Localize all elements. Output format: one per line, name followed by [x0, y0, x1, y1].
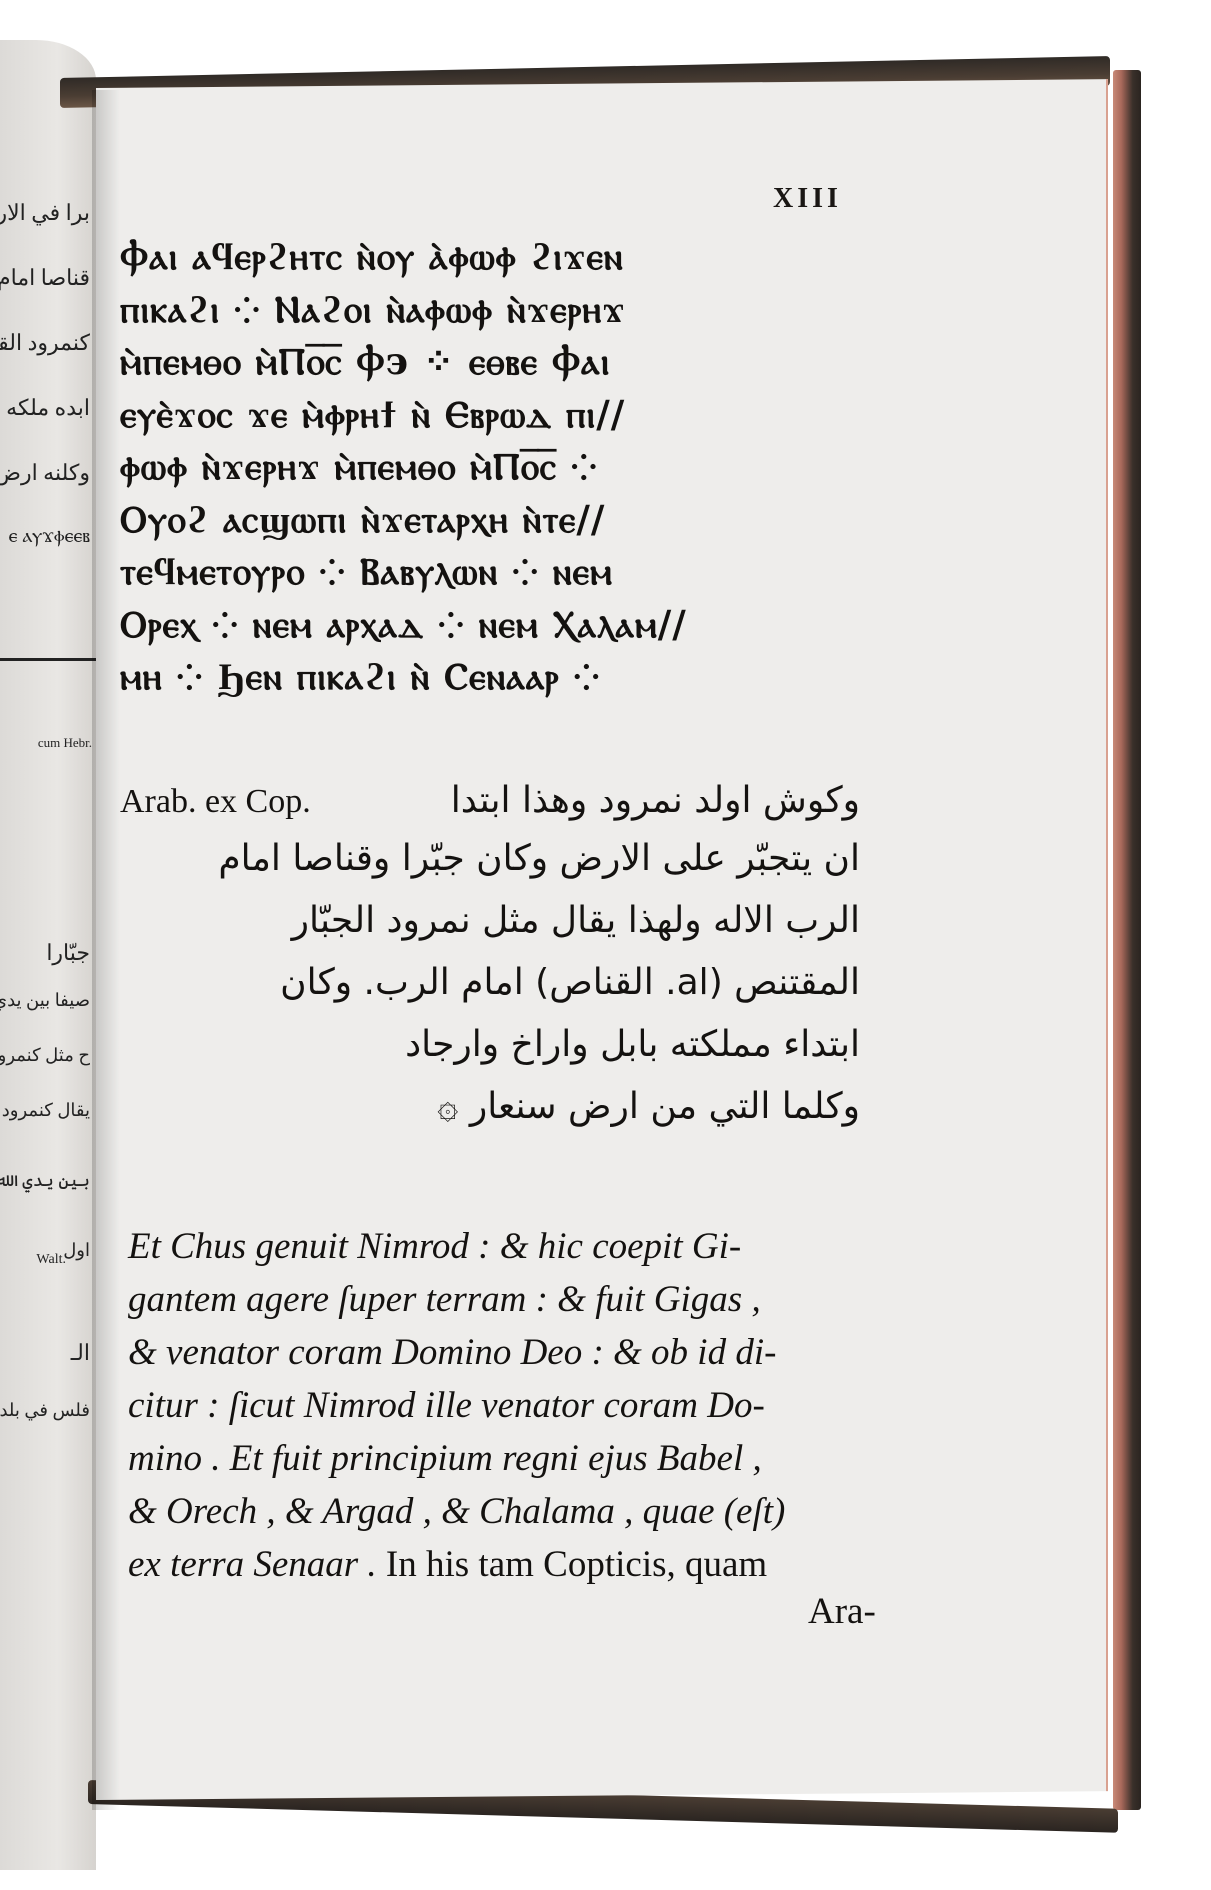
arabic-line: وكوش اولد نمرود وهذا ابتدا [311, 770, 860, 832]
left-page-rule [0, 658, 96, 661]
latin-line: mino . Et fuit principium regni ejus Bab… [128, 1432, 868, 1485]
coptic-line: ⲡⲓⲕⲁϩⲓ ⁘ Ⲛⲁϩⲟⲓ ⲛ̀ⲁⲫⲱⲫ ⲛ̀ϫⲉⲣⲏϫ [120, 283, 860, 336]
note-walt: Walt. [36, 1252, 66, 1268]
coptic-line: Ⲫⲁⲓ ⲁϥⲉⲣϩⲏⲧⲥ ⲛ̀ⲟⲩ ⲁ̀ⲫⲱⲫ ϩⲓϫⲉⲛ [120, 230, 860, 283]
left-arabic-line: الـ [71, 1340, 90, 1366]
arabic-first-line-row: Arab. ex Cop. وكوش اولد نمرود وهذا ابتدا [120, 770, 860, 828]
left-arabic-line: كنمرود القناص [0, 330, 90, 356]
latin-last-line: ex terra Senaar . In his tam Copticis, q… [128, 1538, 868, 1591]
left-arabic-line: صيفا بين يدي [0, 990, 90, 1011]
coptic-line: Ⲟⲣⲉⲭ ⁘ ⲛⲉⲙ ⲁⲣⲭⲁⲇ ⁘ ⲛⲉⲙ Ⲭⲁⲗⲁⲙ// [120, 598, 860, 651]
arabic-line: ابتداء مملكته بابل واراخ وارجاد [120, 1014, 860, 1076]
coptic-line: ⲫⲱⲫ ⲛ̀ϫⲉⲣⲏϫ ⲙ̀ⲡⲉⲙⲑⲟ ⲙ̀Ⲡⲟ̅ⲥ̅ ⁘ [120, 440, 860, 493]
catchword: Ara- [808, 1590, 876, 1633]
left-arabic-line: جبّارا [46, 940, 90, 966]
spine-shadow [92, 90, 120, 1810]
arabic-line: وكلما التي من ارض سنعار ۞ [120, 1076, 860, 1138]
latin-italic-segment: ex terra Senaar . [128, 1544, 377, 1585]
arabic-text-block: Arab. ex Cop. وكوش اولد نمرود وهذا ابتدا… [120, 770, 860, 1138]
coptic-line: ⲉⲩⲉ̀ϫⲟⲥ ϫⲉ ⲙ̀ⲫⲣⲏϯ ⲛ̀ Ⲉⲃⲣⲱⲇ ⲡⲓ// [120, 388, 860, 441]
latin-line: & venator coram Domino Deo : & ob id di- [128, 1326, 868, 1379]
arabic-source-label: Arab. ex Cop. [120, 783, 311, 821]
arabic-line: المقتنص (al. القناص) امام الرب. وكان [120, 952, 860, 1014]
coptic-line: Ⲟⲩⲟϩ ⲁⲥϣⲱⲡⲓ ⲛ̀ϫⲉⲧⲁⲣⲭⲏ ⲛ̀ⲧⲉ// [120, 493, 860, 546]
left-arabic-line: بين يدي الله ۞ [0, 1170, 90, 1191]
left-arabic-line: قناصا امام الرب [0, 265, 90, 291]
page-number: XIII [773, 183, 842, 215]
left-arabic-line: فلس في بلد الشين [0, 1400, 90, 1421]
coptic-line: ⲧⲉϥⲙⲉⲧⲟⲩⲣⲟ ⁘ Ⲃⲁⲃⲩⲗⲱⲛ ⁘ ⲛⲉⲙ [120, 545, 860, 598]
arabic-line: ان يتجبّر على الارض وكان جبّرا وقناصا ام… [120, 828, 860, 890]
left-arabic-line: وكلنه ارض شنعار [0, 460, 90, 486]
left-arabic-line: برا في الارض [0, 200, 90, 226]
left-arabic-line: يقال كنمرود جب [0, 1100, 90, 1121]
left-arabic-line: ح مثل كنمرود قا [0, 1045, 90, 1066]
arabic-line: الرب الاله ولهذا يقال مثل نمرود الجبّار [120, 890, 860, 952]
note-cum-hebr: cum Hebr. [38, 735, 92, 751]
note-walt-arabic: اول [63, 1240, 90, 1261]
latin-line: citur : ſicut Nimrod ille venator coram … [128, 1379, 868, 1432]
coptic-text-block: Ⲫⲁⲓ ⲁϥⲉⲣϩⲏⲧⲥ ⲛ̀ⲟⲩ ⲁ̀ⲫⲱⲫ ϩⲓϫⲉⲛ ⲡⲓⲕⲁϩⲓ ⁘ Ⲛ… [120, 230, 860, 703]
left-page-fragment: برا في الارض قناصا امام الرب كنمرود القن… [0, 40, 96, 1870]
latin-line: Et Chus genuit Nimrod : & hic coepit Gi- [128, 1220, 868, 1273]
coptic-line: ⲙⲏ ⁘ Ϧⲉⲛ ⲡⲓⲕⲁϩⲓ ⲛ̀ Ⲥⲉⲛⲁⲁⲣ ⁘ [120, 650, 860, 703]
coptic-line: ⲙ̀ⲡⲉⲙⲑⲟ ⲙ̀Ⲡⲟ̅ⲥ̅ Ⲫ϶ ⁘ ⲉⲑⲃⲉ Ⲫⲁⲓ [120, 335, 860, 388]
latin-translation-block: Et Chus genuit Nimrod : & hic coepit Gi-… [128, 1220, 868, 1591]
left-arabic-line: ابده ملكه [6, 395, 90, 421]
left-coptic-line: ⲉ ⲁⲩϫⲫⲉⲉⲃ [9, 525, 90, 548]
latin-line: gantem agere ſuper terram : & fuit Gigas… [128, 1273, 868, 1326]
latin-roman-segment: In his tam Copticis, quam [377, 1544, 768, 1585]
book-fore-edge [1113, 70, 1141, 1810]
latin-line: & Orech , & Argad , & Chalama , quae (eſ… [128, 1485, 868, 1538]
